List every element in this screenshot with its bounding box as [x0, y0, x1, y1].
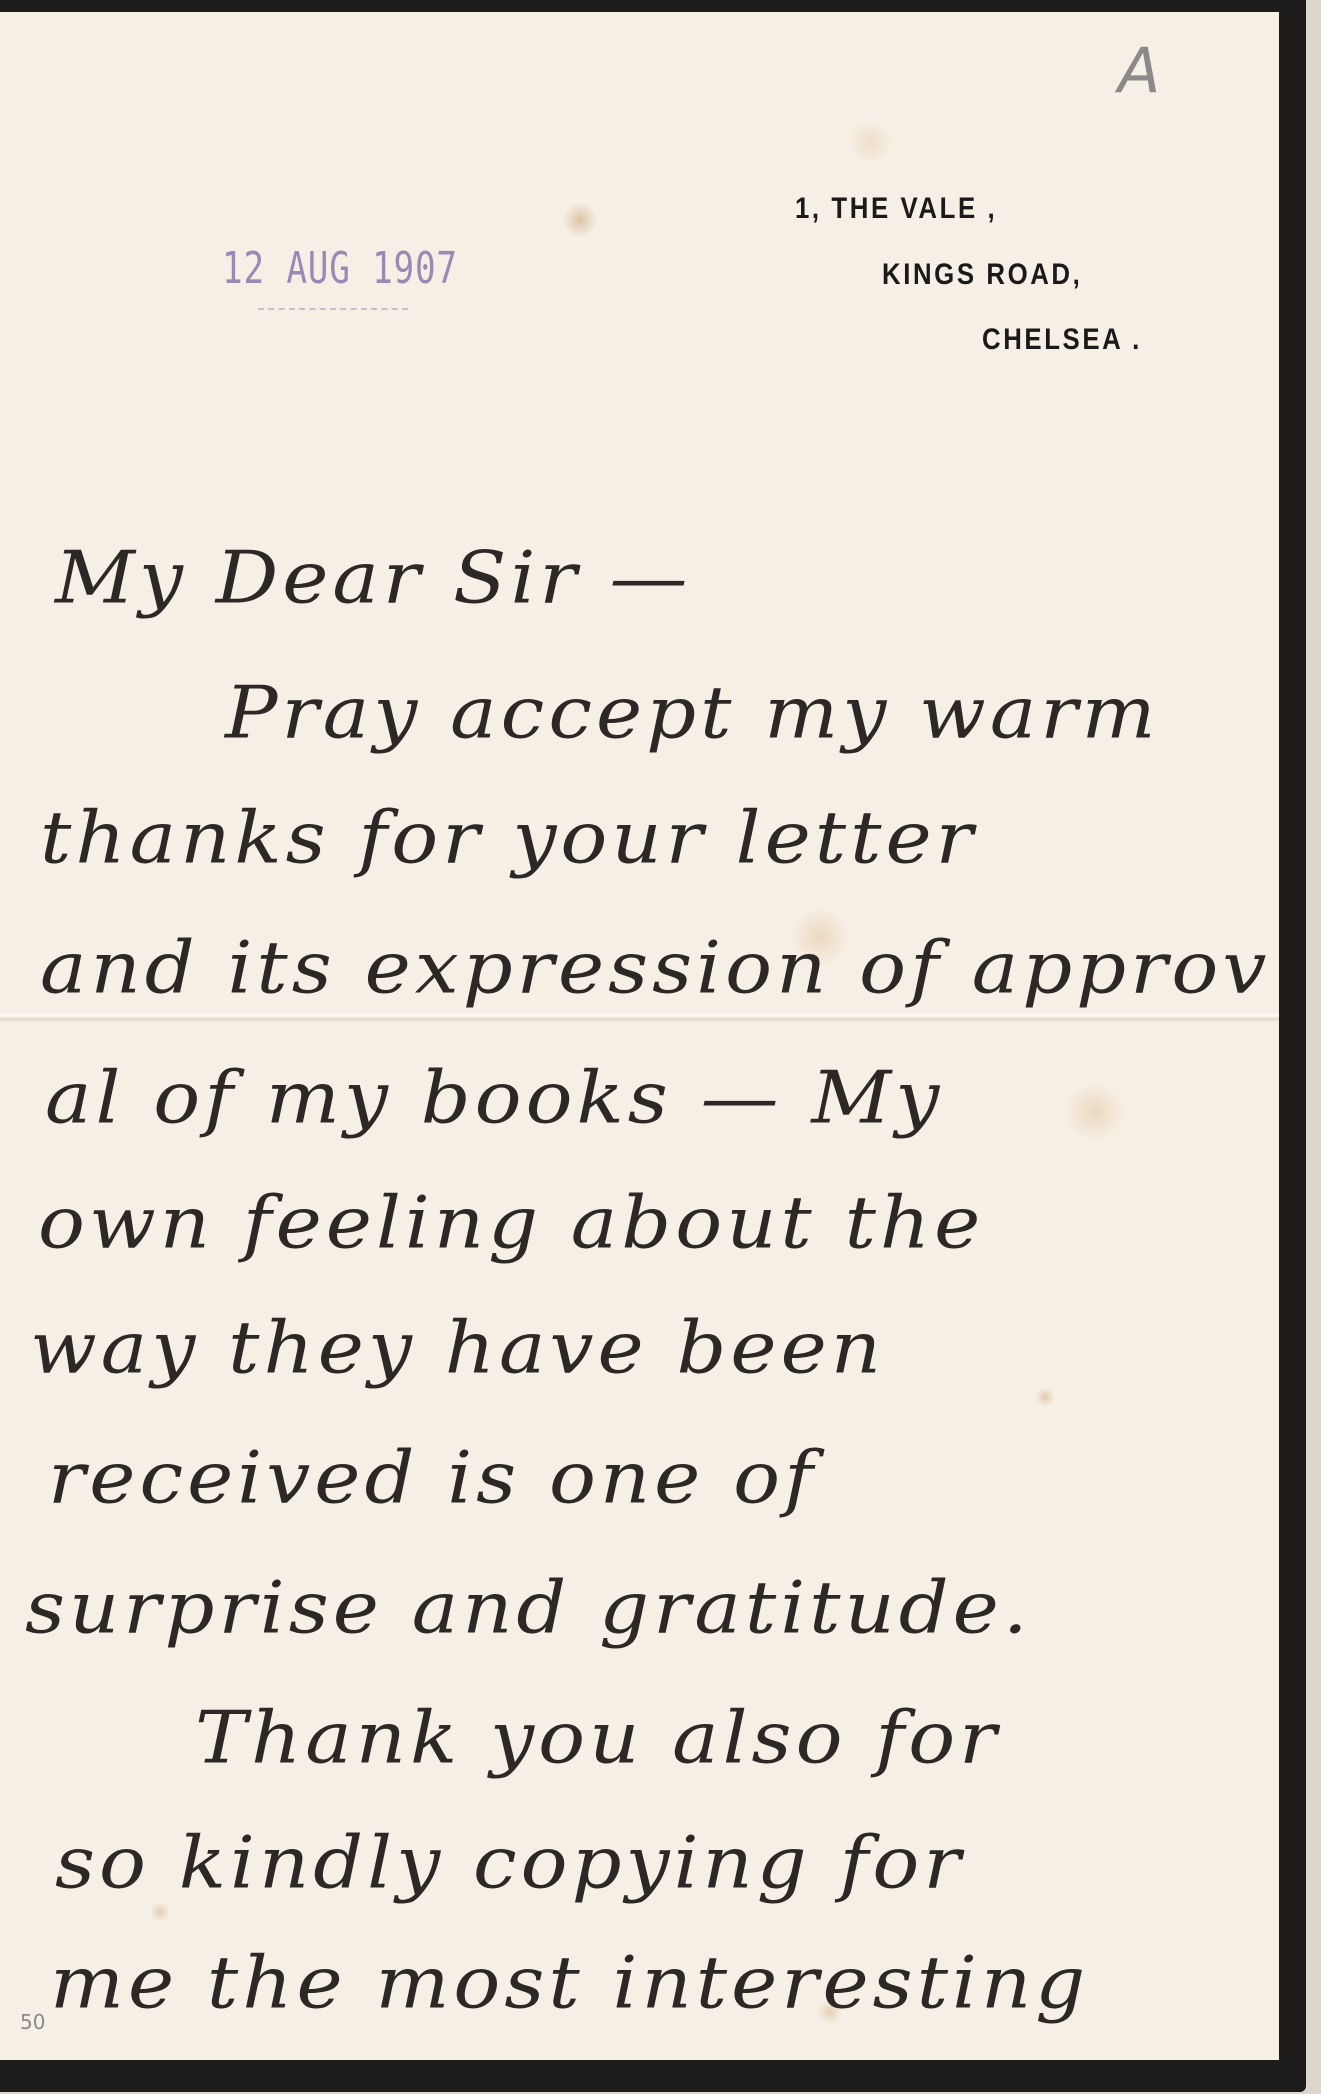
letter-line: way they have been	[30, 1307, 885, 1390]
letter-line: thanks for your letter	[40, 797, 977, 880]
scanned-page: A 50 12 AUG 1907 1, THE VALE , KINGS ROA…	[0, 0, 1321, 2094]
letterhead-address-line-1: 1, THE VALE ,	[795, 192, 997, 226]
salutation: My Dear Sir —	[55, 537, 691, 620]
received-date-stamp: 12 AUG 1907	[222, 243, 458, 294]
pencil-corner-annotation: A	[1118, 34, 1160, 107]
letterhead-address-line-2: KINGS ROAD,	[882, 258, 1082, 292]
letter-line: own feeling about the	[38, 1182, 984, 1265]
letter-line: and its expression of approv	[40, 927, 1270, 1010]
letter-line: so kindly copying for	[55, 1822, 965, 1905]
letter-line: me the most interesting	[50, 1942, 1089, 2025]
letter-line: surprise and gratitude.	[25, 1567, 1032, 1650]
letter-line: received is one of	[48, 1437, 817, 1520]
letter-line: Pray accept my warm	[225, 672, 1160, 755]
fold-crease	[0, 1012, 1279, 1022]
stamp-smudge	[258, 308, 408, 316]
letter-line: Thank you also for	[195, 1697, 1000, 1780]
letterhead-address-line-3: CHELSEA .	[982, 323, 1142, 357]
letter-line: al of my books — My	[45, 1057, 943, 1140]
pencil-page-number: 50	[20, 2010, 45, 2034]
